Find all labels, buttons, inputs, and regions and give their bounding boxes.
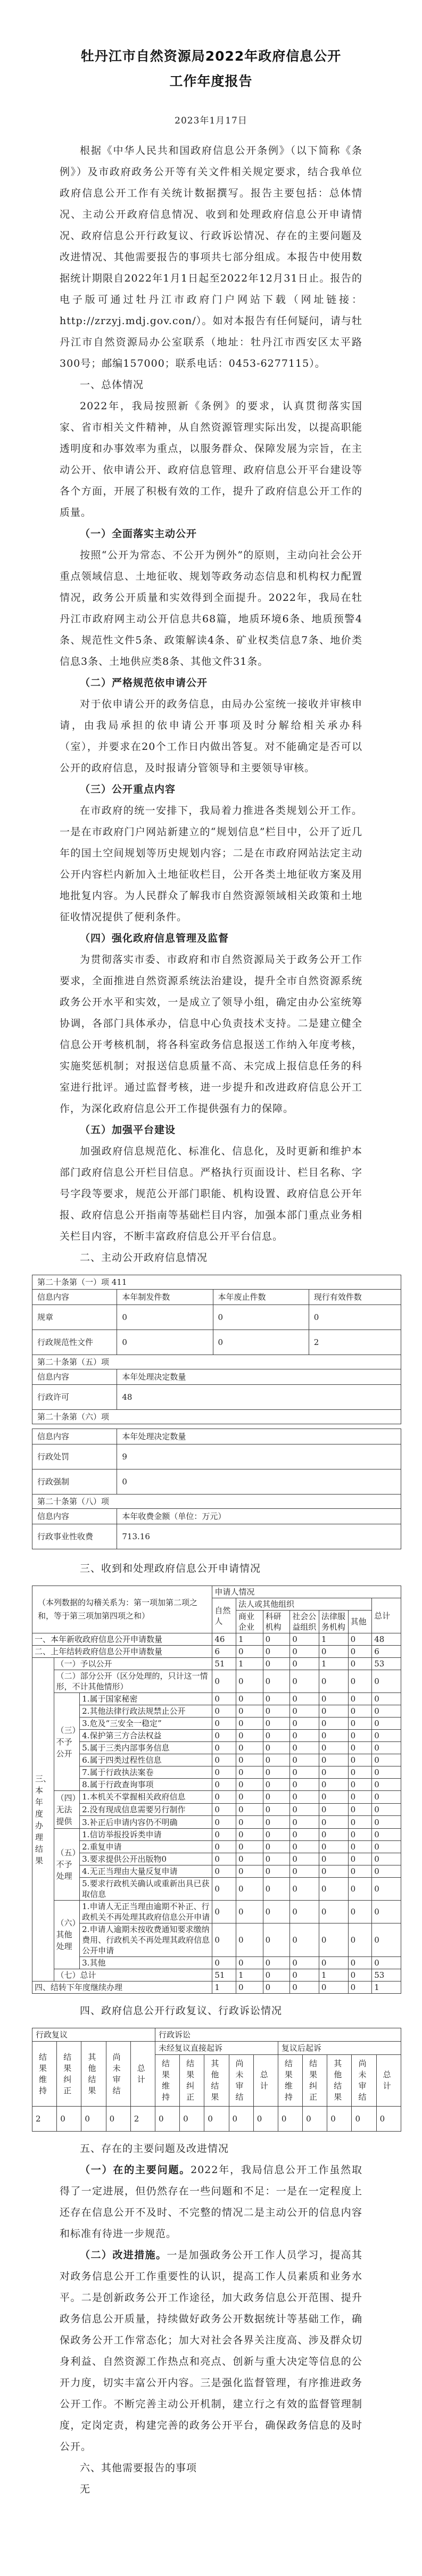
table-cell: 48 (117, 1385, 401, 1410)
table-cell: 1 (236, 1969, 263, 1981)
table-cell: 0 (236, 1803, 263, 1816)
table-cell: 713.16 (117, 1524, 401, 1549)
table-cell: 0 (236, 1718, 263, 1730)
table-cell: 2.重复申请 (80, 1841, 212, 1853)
table-row: 7.属于行政执法案卷0000000 (32, 1766, 401, 1779)
table-cell: 1.本机关不掌握相关政府信息 (80, 1791, 212, 1804)
table-row: 四、结转下年度继续办理1000001 (32, 1981, 401, 1994)
table-cell: 结果纠正 (57, 2042, 81, 2107)
table-row: 第二十条第（六）项 (32, 1410, 401, 1424)
table-cell: 0 (327, 2107, 352, 2132)
table-row: （七）总计511001053 (32, 1969, 401, 1981)
table-row: 2.其他法律行政法规禁止公开0000000 (32, 1705, 401, 1718)
table-cell: （一）予以公开 (54, 1658, 212, 1670)
table-cell: 0 (263, 1853, 290, 1865)
table-row: （本列数据的勾稽关系为：第一项加第二项之和，等于第三项加第四项之和）申请人情况 (32, 1586, 401, 1598)
table-cell: 0 (348, 1658, 372, 1670)
table-cell: 0 (263, 1754, 290, 1766)
table-row: （六）其他处理1.申请人无正当理由逾期不补正、行政机关不再处理其政府信息公开申请… (32, 1901, 401, 1923)
table-cell: 第二十条第（五）项 (32, 1355, 401, 1369)
table-cell: 行政复议 (32, 2028, 155, 2042)
table-cell: 0 (290, 1841, 319, 1853)
improvements-lead: （二）改进措施。 (80, 2249, 167, 2261)
table-cell: 0 (81, 2107, 106, 2132)
table-cell: 2.申请人逾期未按收费通知要求缴纳费用、行政机关不再处理其政府信息公开申请 (80, 1923, 212, 1957)
table-cell: （七）总计 (54, 1969, 212, 1981)
heading-section-1: 一、总体情况 (60, 374, 362, 395)
table-cell: 0 (372, 1865, 401, 1878)
article20-table-part2: 信息内容本年处理决定数量行政处罚9行政强制0第二十条第（八）项信息内容本年收费金… (32, 1429, 401, 1549)
table-cell: 0 (212, 1766, 236, 1779)
table-cell: 0 (263, 1718, 290, 1730)
table-cell: 0 (236, 1981, 263, 1994)
table-cell: 4.保护第三方合法权益 (80, 1730, 212, 1742)
table-cell: 总计 (376, 2055, 401, 2107)
table-row: 信息内容本年处理决定数量 (32, 1369, 401, 1385)
table-row: 三、本年度办理结果（一）予以公开511001053 (32, 1658, 401, 1670)
table-cell: 0 (348, 1730, 372, 1742)
table-cell: 0 (278, 2107, 302, 2132)
table-cell: 0 (290, 1923, 319, 1957)
table-cell: 0 (290, 1646, 319, 1658)
table-cell: 0 (117, 1469, 401, 1495)
heading-section-1-1: （一）全面落实主动公开 (60, 523, 362, 544)
heading-section-3: 三、收到和处理政府信息公开申请情况 (60, 1558, 362, 1579)
table-cell: 0 (263, 1923, 290, 1957)
table-cell: 0 (372, 1816, 401, 1829)
table-cell: 0 (319, 1705, 348, 1718)
table-row: 行政处罚9 (32, 1444, 401, 1469)
table-cell: 0 (372, 1923, 401, 1957)
page-title-line2: 工作年度报告 (169, 73, 252, 89)
table-cell: 0 (290, 1718, 319, 1730)
table-cell: 0 (309, 1305, 401, 1330)
table-cell: 0 (319, 1853, 348, 1865)
table-cell: 行政处罚 (32, 1444, 117, 1469)
table-cell: 0 (212, 1923, 236, 1957)
table-cell: 0 (229, 2107, 253, 2132)
page-title: 牡丹江市自然资源局2022年政府信息公开工作年度报告 (60, 44, 362, 94)
table-row: 第二十条第（一）项 411 (32, 1275, 401, 1290)
table-cell: 1 (212, 1981, 236, 1994)
table-cell: 0 (212, 1705, 236, 1718)
paragraph-none: 无 (60, 2479, 362, 2500)
table-cell: 本年处理决定数量 (117, 1369, 401, 1385)
table-row: 2.没有现成信息需要另行制作0000000 (32, 1803, 401, 1816)
table-cell: 本年废止件数 (213, 1290, 309, 1305)
table-cell: 0 (212, 1670, 236, 1693)
table-cell: 0 (290, 1981, 319, 1994)
table-cell: 0 (348, 1923, 372, 1957)
table-cell: （四）无法提供 (54, 1791, 80, 1829)
table-row: 行政强制0 (32, 1469, 401, 1495)
table-cell: 0 (348, 1766, 372, 1779)
table-cell: 申请人情况 (212, 1586, 401, 1598)
table-cell: 5.属于三类内部事务信息 (80, 1742, 212, 1754)
table-cell: 0 (319, 1923, 348, 1957)
table-row: 3.危及“三安全一稳定”0000000 (32, 1718, 401, 1730)
table-cell: 0 (348, 1901, 372, 1923)
table-cell: 0 (348, 1841, 372, 1853)
table-cell: 信息内容 (32, 1290, 117, 1305)
table-cell: 0 (212, 1957, 236, 1969)
table-row: 3.补正后申请内容仍不明确0000000 (32, 1816, 401, 1829)
table-row: 信息内容本年收费金额（单位：万元） (32, 1509, 401, 1524)
table-cell: 0 (236, 1705, 263, 1718)
table-cell: 0 (290, 1658, 319, 1670)
paragraph-management-supervision: 为贯彻落实市委、市政府和市自然资源局关于政务公开工作要求，全面推进自然资源系统法… (60, 949, 362, 1119)
table-cell: 0 (319, 1779, 348, 1791)
table-cell: 0 (212, 1878, 236, 1901)
table-cell: 1.信访举报投诉类申请 (80, 1829, 212, 1841)
table-cell: 0 (319, 1718, 348, 1730)
table-cell: 0 (348, 1957, 372, 1969)
table-cell: 第二十条第（一）项 411 (32, 1275, 401, 1290)
table-row: （二）部分公开（区分处理的，只计这一情形，不计其他情形）0000000 (32, 1670, 401, 1693)
table-cell: 0 (212, 1718, 236, 1730)
table-cell: 0 (117, 1305, 213, 1330)
table-cell: 0 (180, 2107, 204, 2132)
paragraph-overall: 2022年，我局按照新《条例》的要求，认真贯彻落实国家、省市相关文件精神，从自然… (60, 395, 362, 523)
table-cell: 0 (290, 1779, 319, 1791)
table-cell: 0 (263, 1957, 290, 1969)
table-row: 4.无正当理由大量反复申请0000000 (32, 1865, 401, 1878)
table-cell: 总计 (372, 1598, 401, 1633)
table-cell: 0 (263, 1633, 290, 1646)
table-cell: 0 (290, 1791, 319, 1804)
paragraph-improvements: （二）改进措施。一是加强政务公开工作人员学习，提高其对政务信息公开工作重要性的认… (60, 2244, 362, 2457)
table-cell: 结果纠正 (303, 2055, 327, 2107)
table-cell: 0 (290, 1705, 319, 1718)
table-cell: 四、结转下年度继续办理 (32, 1981, 212, 1994)
table-cell: 0 (319, 1981, 348, 1994)
table-cell: 第二十条第（六）项 (32, 1410, 401, 1424)
table-cell: （三）不予公开 (54, 1693, 80, 1791)
table-cell: 0 (372, 1791, 401, 1804)
table-row: 200020000000000 (32, 2107, 401, 2132)
table-row: 行政事业性收费713.16 (32, 1524, 401, 1549)
table-cell: 0 (372, 1754, 401, 1766)
table-cell: 0 (348, 1865, 372, 1878)
table-cell: 0 (290, 1670, 319, 1693)
table-cell: 0 (57, 2107, 81, 2132)
table-cell: 0 (348, 1969, 372, 1981)
table-cell: 0 (212, 1841, 236, 1853)
table-cell: 0 (290, 1865, 319, 1878)
table-cell: 0 (263, 1658, 290, 1670)
table-cell: 结果维持 (278, 2055, 302, 2107)
problems-lead: （一）在的主要问题。 (80, 2164, 191, 2176)
table-cell: 0 (290, 1766, 319, 1779)
table-cell: 0 (263, 1865, 290, 1878)
table-cell: 0 (372, 1901, 401, 1923)
table-cell: 0 (348, 1633, 372, 1646)
table-cell: 结果纠正 (180, 2055, 204, 2107)
page-title-line1: 牡丹江市自然资源局2022年政府信息公开 (81, 48, 342, 64)
table-cell: 0 (263, 1841, 290, 1853)
table-cell: 0 (372, 1957, 401, 1969)
table-cell: 0 (263, 1779, 290, 1791)
table-cell: 46 (212, 1633, 236, 1646)
table-cell: 0 (263, 1969, 290, 1981)
table-cell: 其他 (348, 1611, 372, 1633)
table-cell: 规章 (32, 1305, 117, 1330)
table-cell: 6 (212, 1646, 236, 1658)
table-cell: 0 (372, 1670, 401, 1693)
table-cell: 0 (263, 1791, 290, 1804)
report-date: 2023年1月17日 (60, 113, 362, 126)
table-cell: 0 (263, 1742, 290, 1754)
table-cell: 0 (319, 1730, 348, 1742)
table-cell: 0 (372, 1718, 401, 1730)
table-cell: 1 (236, 1633, 263, 1646)
table-cell: 0 (212, 1693, 236, 1705)
table-cell: 本年处理决定数量 (117, 1429, 401, 1444)
table-cell: 三、本年度办理结果 (32, 1658, 54, 1981)
table-cell: 总计 (130, 2042, 155, 2107)
table-cell: 0 (212, 1901, 236, 1923)
table-cell: 0 (348, 1742, 372, 1754)
table-cell: 0 (212, 1742, 236, 1754)
table-cell: 0 (348, 1718, 372, 1730)
table-cell: 0 (236, 1865, 263, 1878)
table-row: 行政复议行政诉讼 (32, 2028, 401, 2042)
table-row: （三）不予公开1.属于国家秘密0000000 (32, 1693, 401, 1705)
table-cell: 0 (319, 1829, 348, 1841)
table-cell: 0 (263, 1829, 290, 1841)
review-litigation-table: 行政复议行政诉讼结果维持结果纠正其他结果尚未审结总计未经复议直接起诉复议后起诉结… (32, 2028, 401, 2132)
table-cell: 4.无正当理由大量反复申请 (80, 1865, 212, 1878)
table-cell: 复议后起诉 (278, 2042, 401, 2055)
table-cell: 0 (290, 1901, 319, 1923)
table-cell: 0 (319, 1670, 348, 1693)
table-cell: 法律服务机构 (319, 1611, 348, 1633)
table-cell: 0 (236, 1923, 263, 1957)
table-cell: 尚未审结 (106, 2042, 130, 2107)
heading-section-1-5: （五）加强平台建设 (60, 1119, 362, 1141)
table-cell: 本年制发件数 (117, 1290, 213, 1305)
table-cell: 0 (290, 1754, 319, 1766)
table-cell: 0 (319, 1841, 348, 1853)
table-cell: 0 (290, 1957, 319, 1969)
improvements-text: 一是加强政务公开工作人员学习，提高其对政务信息公开工作重要性的认识，提高工作人员… (60, 2249, 362, 2453)
table-row: 信息内容本年处理决定数量 (32, 1429, 401, 1444)
table-cell: 1 (319, 1969, 348, 1981)
table-cell: 0 (372, 1742, 401, 1754)
table-cell: 0 (303, 2107, 327, 2132)
table-cell: 0 (263, 1646, 290, 1658)
table-cell: 3.危及“三安全一稳定” (80, 1718, 212, 1730)
table-row: 行政规范性文件002 (32, 1330, 401, 1355)
table-cell: 0 (263, 1981, 290, 1994)
table-cell: 0 (212, 1829, 236, 1841)
table-cell: 1.属于国家秘密 (80, 1693, 212, 1705)
table-cell: 0 (236, 1878, 263, 1901)
table-cell: 0 (290, 1730, 319, 1742)
article20-table-block: 第二十条第（一）项 411信息内容本年制发件数本年废止件数现行有效件数规章000… (32, 1275, 401, 1549)
table-cell: 0 (263, 1803, 290, 1816)
table-cell: 6 (372, 1646, 401, 1658)
table-row: 5.要求行政机关确认或重新出具已获取信息0000000 (32, 1878, 401, 1901)
table-cell: 0 (348, 1646, 372, 1658)
table-cell: 0 (236, 1791, 263, 1804)
table-cell: 尚未审结 (352, 2055, 376, 2107)
table-cell: 尚未审结 (229, 2055, 253, 2107)
table-cell: 0 (106, 2107, 130, 2132)
table-cell: 8.属于行政查询事项 (80, 1779, 212, 1791)
table-row: 5.属于三类内部事务信息0000000 (32, 1742, 401, 1754)
table-cell: 0 (319, 1742, 348, 1754)
table-cell: 0 (236, 1766, 263, 1779)
table-cell: 0 (236, 1901, 263, 1923)
table-cell: 0 (372, 1829, 401, 1841)
table-cell: 0 (372, 1841, 401, 1853)
table-row: 3.其他0000000 (32, 1957, 401, 1969)
table-gap (32, 1424, 401, 1429)
table-cell: 结果维持 (32, 2042, 57, 2107)
table-cell: 总计 (253, 2055, 278, 2107)
table-cell: 0 (319, 1766, 348, 1779)
table-cell: 0 (212, 1803, 236, 1816)
heading-section-1-4: （四）强化政府信息管理及监督 (60, 928, 362, 949)
table-cell: 0 (212, 1779, 236, 1791)
table-cell: 0 (372, 1730, 401, 1742)
table-cell: 0 (212, 1816, 236, 1829)
table-cell: 0 (290, 1816, 319, 1829)
table-cell: 0 (236, 1646, 263, 1658)
table-cell: （六）其他处理 (54, 1901, 80, 1969)
table-cell: 0 (372, 1853, 401, 1865)
table-cell: 0 (372, 1705, 401, 1718)
table-cell: 0 (117, 1330, 213, 1355)
table-cell: 0 (236, 1779, 263, 1791)
table-cell: 0 (319, 1754, 348, 1766)
table-cell: 0 (319, 1865, 348, 1878)
table-cell: 3.其他 (80, 1957, 212, 1969)
table-cell: 未经复议直接起诉 (155, 2042, 278, 2055)
table-cell: 1.申请人无正当理由逾期不补正、行政机关不再处理其政府信息公开申请 (80, 1901, 212, 1923)
table-cell: 0 (348, 1853, 372, 1865)
table-cell: 0 (348, 1981, 372, 1994)
table-cell: 0 (290, 1969, 319, 1981)
paragraph-on-request-disclosure: 对于依申请公开的政务信息，由局办公室统一接收并审核申请，由我局承担的依申请公开事… (60, 693, 362, 779)
table-cell: 法人或其他组织 (236, 1598, 371, 1611)
table-cell: 0 (319, 1901, 348, 1923)
table-cell: 0 (352, 2107, 376, 2132)
table-cell: （二）部分公开（区分处理的，只计这一情形，不计其他情形） (54, 1670, 212, 1693)
table-cell: 0 (290, 1693, 319, 1705)
table-cell: 0 (319, 1816, 348, 1829)
heading-section-2: 二、主动公开政府信息情况 (60, 1247, 362, 1268)
table-cell: 0 (290, 1853, 319, 1865)
table-cell: 0 (212, 1754, 236, 1766)
article20-table-part1: 第二十条第（一）项 411信息内容本年制发件数本年废止件数现行有效件数规章000… (32, 1275, 401, 1424)
table-cell: 0 (263, 1705, 290, 1718)
table-cell: （本列数据的勾稽关系为：第一项加第二项之和，等于第三项加第四项之和） (32, 1586, 212, 1633)
table-cell: 2 (32, 2107, 57, 2132)
table-cell: 科研机构 (263, 1611, 290, 1633)
table-cell: 3.补正后申请内容仍不明确 (80, 1816, 212, 1829)
table-row: 第二十条第（五）项 (32, 1355, 401, 1369)
table-cell: 0 (263, 1670, 290, 1693)
table-cell: 0 (213, 1305, 309, 1330)
requests-table: （本列数据的勾稽关系为：第一项加第二项之和，等于第三项加第四项之和）申请人情况自… (32, 1586, 401, 1994)
table-cell: 0 (263, 1693, 290, 1705)
table-row: 2.重复申请0000000 (32, 1841, 401, 1853)
table-cell: 0 (212, 1791, 236, 1804)
table-cell: 2.其他法律行政法规禁止公开 (80, 1705, 212, 1718)
table-cell: 0 (236, 1853, 263, 1865)
table-cell: 0 (236, 1754, 263, 1766)
table-cell: 0 (204, 2107, 229, 2132)
table-cell: 3.要求提供公开出版物0 (80, 1853, 212, 1865)
table-cell: 0 (236, 1693, 263, 1705)
table-cell: 0 (236, 1670, 263, 1693)
table-cell: 0 (290, 1803, 319, 1816)
intro-paragraph: 根据《中华人民共和国政府信息公开条例》（以下简称《条例》）及市政府政务公开等有关… (60, 140, 362, 374)
paragraph-key-content: 在市政府的统一安排下，我局着力推进各类规划公开工作。一是在市政府门户网站新建立的… (60, 800, 362, 928)
heading-section-6: 六、其他需要报告的事项 (60, 2457, 362, 2479)
table-cell: 0 (348, 1670, 372, 1693)
table-cell: 0 (290, 1829, 319, 1841)
table-cell: 0 (263, 1901, 290, 1923)
paragraph-problems: （一）在的主要问题。2022年，我局信息公开工作虽然取得了一定进展，但仍然存在一… (60, 2159, 362, 2244)
table-cell: 48 (372, 1633, 401, 1646)
table-cell: 0 (348, 1754, 372, 1766)
heading-section-4: 四、政府信息公开行政复议、行政诉讼情况 (60, 2000, 362, 2021)
table-cell: 2.没有现成信息需要另行制作 (80, 1803, 212, 1816)
table-row: 8.属于行政查询事项0000000 (32, 1779, 401, 1791)
table-cell: 0 (372, 1878, 401, 1901)
table-cell: 0 (236, 1829, 263, 1841)
table-cell: 0 (236, 1841, 263, 1853)
table-cell: 2 (309, 1330, 401, 1355)
table-cell: 其他结果 (327, 2055, 352, 2107)
table-cell: 51 (212, 1969, 236, 1981)
heading-section-1-3: （三）公开重点内容 (60, 779, 362, 800)
table-cell: 0 (372, 1693, 401, 1705)
table-row: 一、本年新收政府信息公开申请数量461001048 (32, 1633, 401, 1646)
table-cell: 本年收费金额（单位：万元） (117, 1509, 401, 1524)
table-cell: 其他结果 (81, 2042, 106, 2107)
table-cell: 0 (348, 1803, 372, 1816)
table-cell: 一、本年新收政府信息公开申请数量 (32, 1633, 212, 1646)
table-cell: 0 (319, 1878, 348, 1901)
table-row: 4.保护第三方合法权益0000000 (32, 1730, 401, 1742)
document-page: 牡丹江市自然资源局2022年政府信息公开工作年度报告 2023年1月17日 根据… (0, 0, 422, 2576)
table-cell: 结果维持 (155, 2055, 179, 2107)
table-cell: 0 (348, 1829, 372, 1841)
table-cell: 0 (212, 1853, 236, 1865)
table-cell: 现行有效件数 (309, 1290, 401, 1305)
table-cell: 信息内容 (32, 1429, 117, 1444)
table-cell: 1 (236, 1658, 263, 1670)
table-cell: 0 (372, 1779, 401, 1791)
table-cell: 51 (212, 1658, 236, 1670)
table-cell: 6.属于四类过程性信息 (80, 1754, 212, 1766)
table-row: 第二十条第（八）项 (32, 1495, 401, 1509)
table-cell: 行政诉讼 (155, 2028, 401, 2042)
table-cell: 信息内容 (32, 1509, 117, 1524)
table-cell: 0 (236, 1730, 263, 1742)
table-cell: 7.属于行政执法案卷 (80, 1766, 212, 1779)
paragraph-platform-building: 加强政府信息规范化、标准化、信息化，及时更新和维护本部门政府信息公开栏目信息。严… (60, 1141, 362, 1247)
table-cell: 53 (372, 1658, 401, 1670)
table-row: 2.申请人逾期未按收费通知要求缴纳费用、行政机关不再处理其政府信息公开申请000… (32, 1923, 401, 1957)
table-cell: 0 (348, 1705, 372, 1718)
table-cell: 0 (376, 2107, 401, 2132)
table-cell: 0 (290, 1633, 319, 1646)
